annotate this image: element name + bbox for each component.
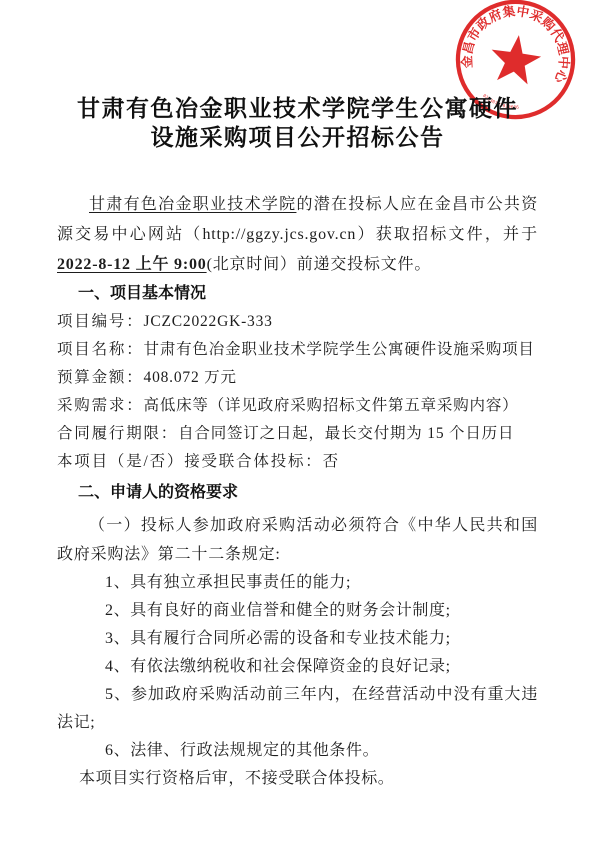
field-value: 自合同签订之日起，最长交付期为 15 个日历日	[178, 425, 514, 442]
field-budget-amount: 预算金额：408.072 万元	[57, 364, 538, 392]
field-value: JCZC2022GK-333	[144, 313, 273, 330]
field-value: 甘肃有色冶金职业技术学院学生公寓硬件设施采购项目	[144, 341, 535, 358]
intro-tail-text: (北京时间）前递交投标文件。	[207, 256, 432, 273]
field-label: 采购需求：	[57, 397, 144, 414]
title-line-2: 设施采购项目公开招标公告	[151, 125, 445, 150]
qualification-item-5: 5、参加政府采购活动前三年内，在经营活动中没有重大违法记;	[57, 681, 538, 737]
field-label: 项目编号：	[57, 313, 144, 330]
field-label: 预算金额：	[57, 369, 144, 386]
intro-paragraph: 甘肃有色冶金职业技术学院的潜在投标人应在金昌市公共资源交易中心网站（http:/…	[57, 190, 538, 280]
qualification-intro: （一）投标人参加政府采购活动必须符合《中华人民共和国政府采购法》第二十二条规定:	[57, 511, 538, 569]
section-1-heading: 一、项目基本情况	[57, 280, 538, 308]
section-2-heading: 二、申请人的资格要求	[57, 479, 538, 507]
qualification-item-4: 4、有依法缴纳税收和社会保障资金的良好记录;	[57, 653, 538, 681]
document-page: 金昌市政府集中采购代理中心 02030702019686 甘肃有色冶金职业技术学…	[0, 0, 595, 841]
field-value: 408.072 万元	[144, 369, 237, 386]
field-value: 高低床等（详见政府采购招标文件第五章采购内容）	[144, 397, 519, 414]
qualification-item-6: 6、法律、行政法规规定的其他条件。	[57, 737, 538, 765]
field-project-number: 项目编号：JCZC2022GK-333	[57, 308, 538, 336]
field-procurement-demand: 采购需求：高低床等（详见政府采购招标文件第五章采购内容）	[57, 392, 538, 420]
title-line-1: 甘肃有色冶金职业技术学院学生公寓硬件	[77, 96, 518, 121]
qualification-item-2: 2、具有良好的商业信誉和健全的财务会计制度;	[57, 597, 538, 625]
qualification-item-3: 3、具有履行合同所必需的设备和专业技术能力;	[57, 625, 538, 653]
purchaser-name: 甘肃有色冶金职业技术学院	[89, 196, 296, 213]
field-label: 项目名称：	[57, 341, 144, 358]
field-project-name: 项目名称：甘肃有色冶金职业技术学院学生公寓硬件设施采购项目	[57, 336, 538, 364]
document-content: 甘肃有色冶金职业技术学院学生公寓硬件 设施采购项目公开招标公告 甘肃有色冶金职业…	[57, 0, 538, 793]
field-label: 合同履行期限：	[57, 425, 178, 442]
field-label: 本项目（是/否）接受联合体投标：	[57, 453, 323, 470]
field-contract-period: 合同履行期限：自合同签订之日起，最长交付期为 15 个日历日	[57, 420, 538, 448]
field-value: 否	[323, 453, 339, 470]
document-title: 甘肃有色冶金职业技术学院学生公寓硬件 设施采购项目公开招标公告	[57, 94, 538, 152]
field-consortium-bid: 本项目（是/否）接受联合体投标：否	[57, 448, 538, 476]
qualification-item-1: 1、具有独立承担民事责任的能力;	[57, 569, 538, 597]
qualification-footer: 本项目实行资格后审，不接受联合体投标。	[57, 765, 538, 793]
bid-deadline: 2022-8-12 上午 9:00	[57, 256, 207, 273]
